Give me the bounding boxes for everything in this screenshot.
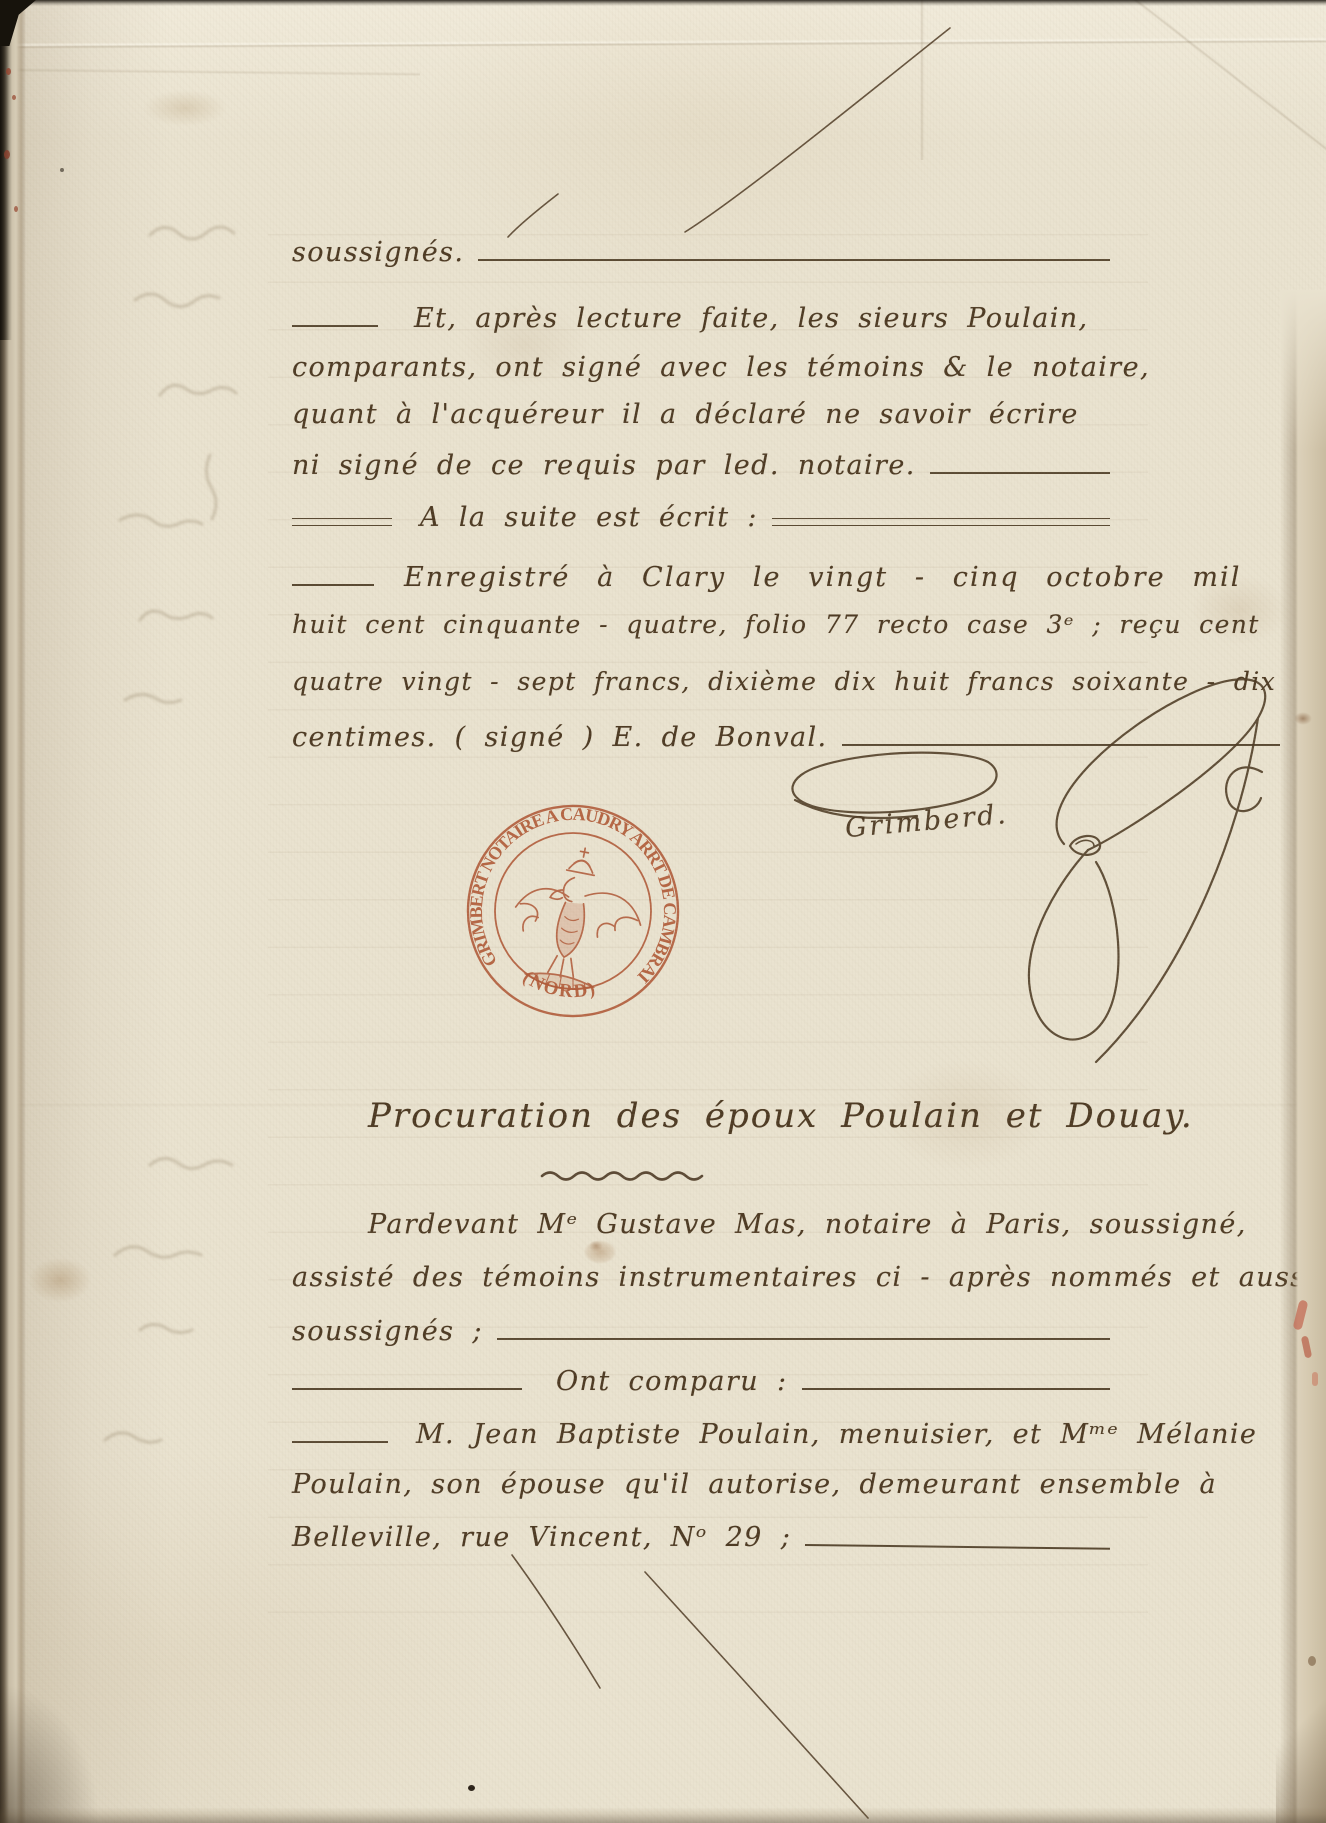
manuscript-text: huit cent cinquante - quatre, folio 77 r… <box>292 611 1260 640</box>
manuscript-text: centimes. ( signé ) E. de Bonval. <box>292 722 828 753</box>
stain <box>1308 1656 1316 1666</box>
manuscript-line: soussignés ; <box>292 1316 1110 1347</box>
manuscript-text: assisté des témoins instrumentaires ci -… <box>292 1262 1316 1293</box>
manuscript-line: Belleville, rue Vincent, Nᵒ 29 ; <box>292 1522 1110 1553</box>
manuscript-text: M. Jean Baptiste Poulain, menuisier, et … <box>416 1419 1257 1450</box>
baseline-rule <box>805 1544 1110 1550</box>
ink-blot <box>468 1785 475 1791</box>
page-edge-right <box>1280 290 1326 1823</box>
baseline-rule <box>772 518 1110 526</box>
baseline-rule <box>842 744 1280 746</box>
stain <box>1294 712 1312 725</box>
corner-shadow <box>0 1683 100 1823</box>
manuscript-line: quant à l'acquéreur il a déclaré ne savo… <box>292 399 1110 430</box>
manuscript-text: soussignés ; <box>292 1316 483 1347</box>
manuscript-text: Poulain, son épouse qu'il autorise, deme… <box>292 1469 1217 1500</box>
manuscript-text: A la suite est écrit : <box>420 502 758 533</box>
page-edge-left-shadow <box>0 0 12 340</box>
baseline-rule <box>930 472 1110 474</box>
thread-mark <box>1312 1372 1318 1386</box>
manuscript-text: comparants, ont signé avec les témoins &… <box>292 352 1150 383</box>
manuscript-line: A la suite est écrit : <box>292 502 1110 533</box>
manuscript-line: M. Jean Baptiste Poulain, menuisier, et … <box>292 1419 1110 1450</box>
section-title: Procuration des époux Poulain et Douay. <box>368 1096 1194 1136</box>
notary-stamp: GRIMBERT NOTAIRE A CAUDRY ARRT DE CAMBRA… <box>443 781 703 1041</box>
stamp-ring-text: GRIMBERT NOTAIRE A CAUDRY ARRT DE CAMBRA… <box>454 785 699 1005</box>
baseline-rule <box>292 325 378 327</box>
manuscript-line: assisté des témoins instrumentaires ci -… <box>292 1262 1110 1293</box>
manuscript-line: Pardevant Mᵉ Gustave Mas, notaire à Pari… <box>292 1209 1186 1240</box>
baseline-rule <box>292 584 374 586</box>
document-scan: soussignés. Et, après lecture faite, les… <box>0 0 1326 1823</box>
manuscript-text: ni signé de ce requis par led. notaire. <box>292 450 916 481</box>
wax-speck <box>4 150 10 159</box>
baseline-rule <box>802 1388 1111 1390</box>
ink-blot <box>60 168 64 172</box>
page-edge-bottom <box>0 1807 1326 1823</box>
wax-speck <box>6 68 11 75</box>
manuscript-line: Et, après lecture faite, les sieurs Poul… <box>292 303 1110 334</box>
manuscript-text: quant à l'acquéreur il a déclaré ne savo… <box>292 399 1079 430</box>
corner-shadow <box>1276 1693 1326 1823</box>
page-edge-right-fade <box>1280 290 1326 450</box>
manuscript-line: comparants, ont signé avec les témoins &… <box>292 352 1110 383</box>
baseline-rule <box>292 518 392 526</box>
manuscript-text: Et, après lecture faite, les sieurs Poul… <box>414 303 1089 334</box>
baseline-rule <box>292 1441 388 1443</box>
manuscript-line: centimes. ( signé ) E. de Bonval. <box>292 722 1280 753</box>
baseline-rule <box>497 1338 1110 1340</box>
manuscript-text: Pardevant Mᵉ Gustave Mas, notaire à Pari… <box>368 1209 1247 1240</box>
page-edge-top <box>0 0 1326 6</box>
wax-speck <box>14 206 18 212</box>
manuscript-text: soussignés. <box>292 237 464 268</box>
wax-speck <box>12 95 16 100</box>
manuscript-text: Ont comparu : <box>556 1366 788 1397</box>
svg-text:GRIMBERT NOTAIRE A CAUDRY ARRT: GRIMBERT NOTAIRE A CAUDRY ARRT DE CAMBRA… <box>454 785 699 1005</box>
manuscript-text: Enregistré à Clary le vingt - cinq octob… <box>404 562 1242 593</box>
manuscript-line: quatre vingt - sept francs, dixième dix … <box>292 668 1110 697</box>
baseline-rule <box>478 259 1110 261</box>
manuscript-line: huit cent cinquante - quatre, folio 77 r… <box>292 611 1110 640</box>
manuscript-text: Belleville, rue Vincent, Nᵒ 29 ; <box>292 1522 791 1553</box>
manuscript-line: soussignés. <box>292 237 1110 268</box>
manuscript-text: quatre vingt - sept francs, dixième dix … <box>292 668 1276 697</box>
manuscript-line: Poulain, son épouse qu'il autorise, deme… <box>292 1469 1110 1500</box>
baseline-rule <box>292 1388 522 1390</box>
manuscript-line: ni signé de ce requis par led. notaire. <box>292 450 1110 481</box>
manuscript-line: Enregistré à Clary le vingt - cinq octob… <box>292 562 1110 593</box>
manuscript-line: Ont comparu : <box>292 1366 1110 1397</box>
